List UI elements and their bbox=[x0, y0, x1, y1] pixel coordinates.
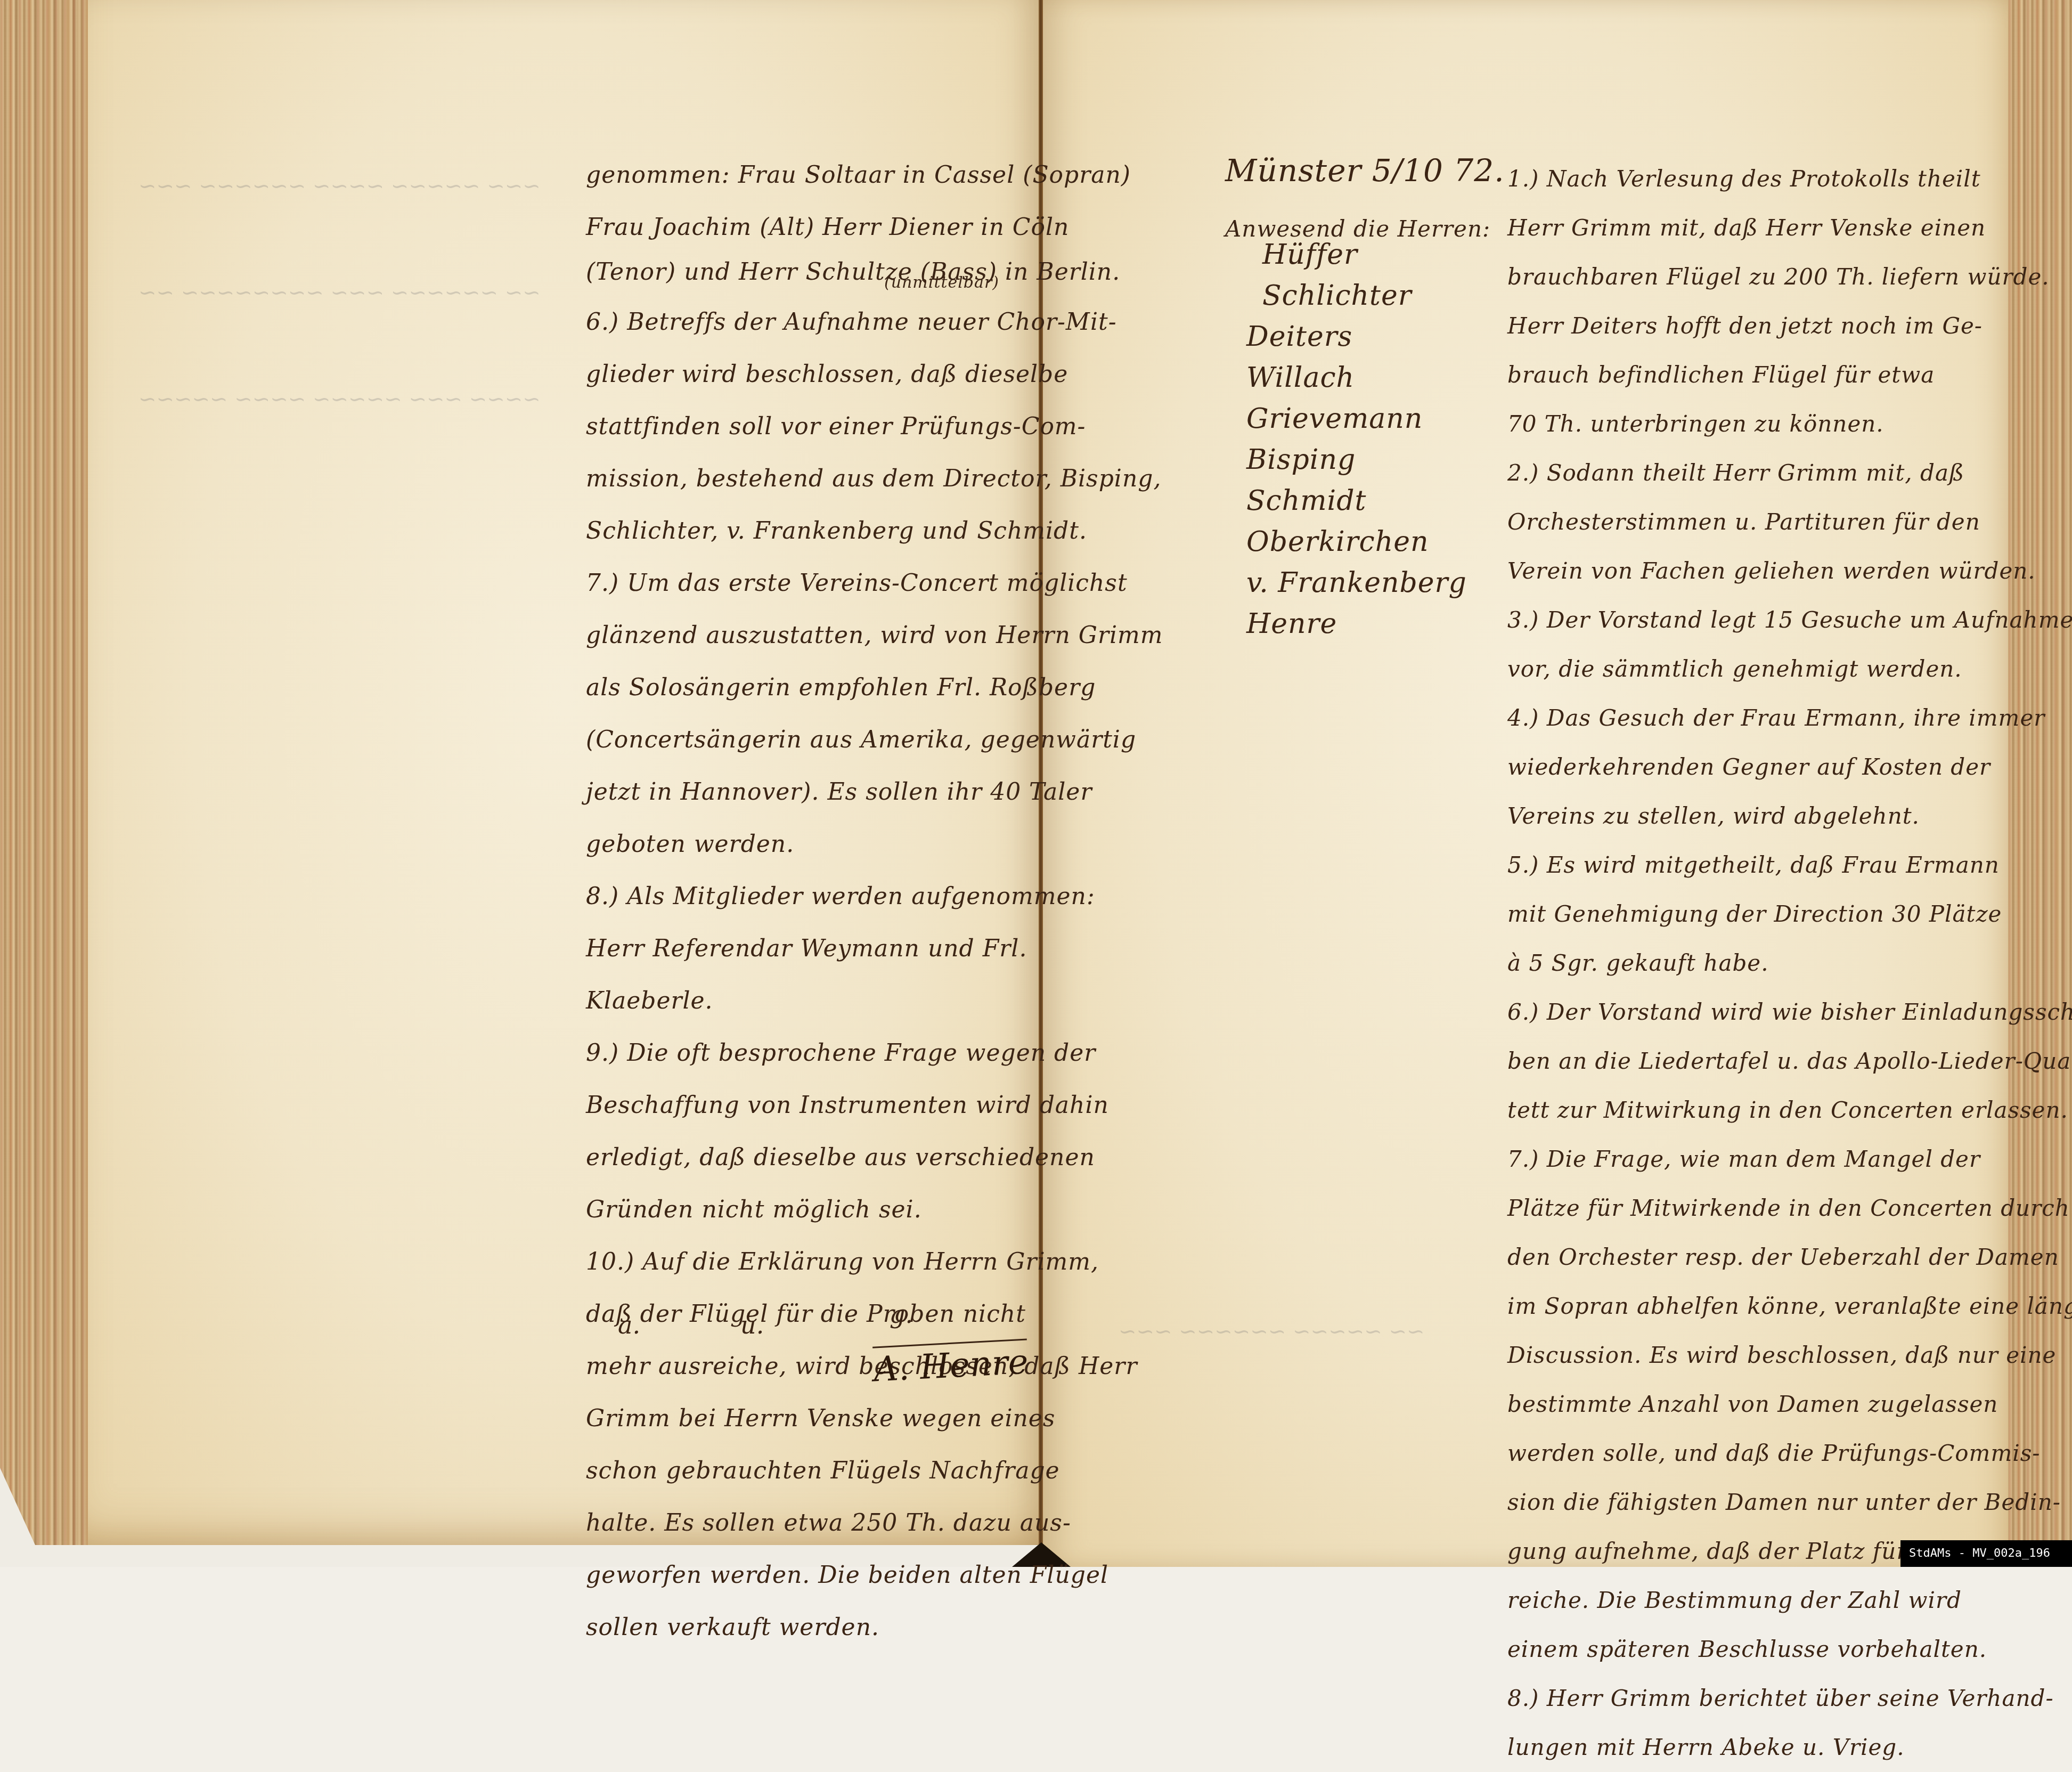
bleed-through-text: ~~ ~~~~~ ~~~~~~ ~~~ bbox=[1119, 1305, 1424, 1358]
text-line: (Tenor) und Herr Schultze (Bass) in Berl… bbox=[586, 254, 1028, 275]
attendee-name: v. Frankenberg bbox=[1246, 563, 1449, 604]
text-line: werden solle, und daß die Prüfungs-Commi… bbox=[1507, 1429, 1987, 1478]
bleed-through-text: ~~ ~~~~~~ ~~~ ~~~~~~~~ ~~ bbox=[138, 266, 541, 319]
text-line: Vereins zu stellen, wird abgelehnt. bbox=[1507, 792, 1987, 841]
text-line: 10.) Auf die Erklärung von Herrn Grimm, bbox=[586, 1236, 1028, 1288]
text-line: 7.) Die Frage, wie man dem Mangel der bbox=[1507, 1135, 1987, 1184]
text-line: ben an die Liedertafel u. das Apollo-Lie… bbox=[1507, 1037, 1987, 1086]
text-line: mit Genehmigung der Direction 30 Plätze bbox=[1507, 890, 1987, 939]
text-line: vor, die sämmtlich genehmigt werden. bbox=[1507, 645, 1987, 694]
left-page-edges bbox=[0, 0, 88, 1545]
text-line: wiederkehrenden Gegner auf Kosten der bbox=[1507, 743, 1987, 792]
text-line: stattfinden soll vor einer Prüfungs-Com- bbox=[586, 401, 1028, 453]
text-line: 7.) Um das erste Vereins-Concert möglich… bbox=[586, 557, 1028, 609]
attendee-name: Oberkirchen bbox=[1246, 522, 1449, 563]
right-page-edges bbox=[2008, 0, 2072, 1567]
attendee-name: Hüffer bbox=[1246, 234, 1449, 275]
approval-mark: u. bbox=[740, 1311, 764, 1339]
text-line: im Sopran abhelfen könne, veranlaßte ein… bbox=[1507, 1282, 1987, 1331]
text-line: Discussion. Es wird beschlossen, daß nur… bbox=[1507, 1331, 1987, 1380]
text-line: (Concertsängerin aus Amerika, gegenwärti… bbox=[586, 714, 1028, 766]
archive-caption: StdAMs - MV_002a_196 bbox=[1900, 1540, 2072, 1567]
right-page-text: 1.) Nach Verlesung des Protokolls theilt… bbox=[1507, 155, 1987, 1567]
text-line: erledigt, daß dieselbe aus verschiedenen bbox=[586, 1132, 1028, 1184]
attendee-name: Schmidt bbox=[1246, 481, 1449, 522]
text-line: jetzt in Hannover). Es sollen ihr 40 Tal… bbox=[586, 766, 1028, 818]
approval-mark: g. bbox=[890, 1300, 913, 1329]
text-line: Frau Joachim (Alt) Herr Diener in Cöln bbox=[586, 201, 1028, 254]
text-line: halte. Es sollen etwa 250 Th. dazu aus- bbox=[586, 1497, 1028, 1549]
text-line: 2.) Sodann theilt Herr Grimm mit, daß bbox=[1507, 449, 1987, 498]
text-line: brauch befindlichen Flügel für etwa bbox=[1507, 351, 1987, 400]
text-line: 3.) Der Vorstand legt 15 Gesuche um Aufn… bbox=[1507, 596, 1987, 645]
text-line: glieder wird beschlossen, daß dieselbe bbox=[586, 348, 1028, 401]
text-line: 9.) Die oft besprochene Frage wegen der bbox=[586, 1027, 1028, 1079]
attendee-name: Henre bbox=[1246, 604, 1449, 645]
text-line: 70 Th. unterbringen zu können. bbox=[1507, 400, 1987, 449]
text-line: Verein von Fachen geliehen werden würden… bbox=[1507, 547, 1987, 596]
text-line: 1.) Nach Verlesung des Protokolls theilt bbox=[1507, 155, 1987, 204]
attendee-name: Schlichter bbox=[1246, 275, 1449, 316]
bleed-through-text: ~~~~ ~~~ ~~~~~ ~~~~ ~~~~~ bbox=[138, 373, 541, 425]
text-line: schon gebrauchten Flügels Nachfrage bbox=[586, 1445, 1028, 1497]
text-line: Klaeberle. bbox=[586, 975, 1028, 1027]
text-line: genommen: Frau Soltaar in Cassel (Sopran… bbox=[586, 149, 1028, 201]
text-line: geboten werden. bbox=[586, 818, 1028, 871]
text-line: glänzend auszustatten, wird von Herrn Gr… bbox=[586, 609, 1028, 662]
signature: A. Henre bbox=[872, 1338, 1029, 1389]
attendee-name: Willach bbox=[1246, 357, 1449, 399]
text-line: mission, bestehend aus dem Director, Bis… bbox=[586, 453, 1028, 505]
text-line: 6.) Betreffs der Aufnahme neuer Chor-Mit… bbox=[586, 296, 1028, 348]
text-line: Orchesterstimmen u. Partituren für den bbox=[1507, 498, 1987, 547]
text-line: Beschaffung von Instrumenten wird dahin bbox=[586, 1079, 1028, 1132]
text-line: Grimm bei Herrn Venske wegen eines bbox=[586, 1393, 1028, 1445]
text-line: Plätze für Mitwirkende in den Concerten … bbox=[1507, 1184, 1987, 1233]
attendee-name: Bisping bbox=[1246, 440, 1449, 481]
text-line: als Solosängerin empfohlen Frl. Roßberg bbox=[586, 662, 1028, 714]
text-line: bestimmte Anzahl von Damen zugelassen bbox=[1507, 1380, 1987, 1429]
text-line: brauchbaren Flügel zu 200 Th. liefern wü… bbox=[1507, 253, 1987, 302]
text-line: sion die fähigsten Damen nur unter der B… bbox=[1507, 1478, 1987, 1527]
text-line: tett zur Mitwirkung in den Concerten erl… bbox=[1507, 1086, 1987, 1135]
text-line: 4.) Das Gesuch der Frau Ermann, ihre imm… bbox=[1507, 694, 1987, 743]
text-line: 8.) Als Mitglieder werden aufgenommen: bbox=[586, 871, 1028, 923]
meeting-date: Münster 5/10 72. bbox=[1225, 139, 1491, 202]
text-line: den Orchester resp. der Ueberzahl der Da… bbox=[1507, 1233, 1987, 1282]
book-scan: ~~~ ~~~~~ ~~~~ ~~~~~~ ~~~ ~~ ~~~~~~ ~~~ … bbox=[0, 0, 2072, 1567]
text-line: Gründen nicht möglich sei. bbox=[586, 1184, 1028, 1236]
text-line: geworfen werden. Die beiden alten Flügel bbox=[586, 1549, 1028, 1567]
text-line: 5.) Es wird mitgetheilt, daß Frau Ermann bbox=[1507, 841, 1987, 890]
attendee-name: Grievemann bbox=[1246, 399, 1449, 440]
text-line: à 5 Sgr. gekauft habe. bbox=[1507, 939, 1987, 988]
attendee-list: Hüffer Schlichter Deiters Willach Grieve… bbox=[1246, 234, 1449, 645]
text-line: Schlichter, v. Frankenberg und Schmidt. bbox=[586, 505, 1028, 557]
text-line: Herr Grimm mit, daß Herr Venske einen bbox=[1507, 204, 1987, 253]
text-line: Herr Deiters hofft den jetzt noch im Ge- bbox=[1507, 302, 1987, 351]
text-line: 6.) Der Vorstand wird wie bisher Einladu… bbox=[1507, 988, 1987, 1037]
attendee-name: Deiters bbox=[1246, 316, 1449, 357]
approval-mark: a. bbox=[618, 1311, 640, 1339]
bleed-through-text: ~~~ ~~~~~ ~~~~ ~~~~~~ ~~~ bbox=[138, 160, 541, 212]
text-line: Herr Referendar Weymann und Frl. bbox=[586, 923, 1028, 975]
